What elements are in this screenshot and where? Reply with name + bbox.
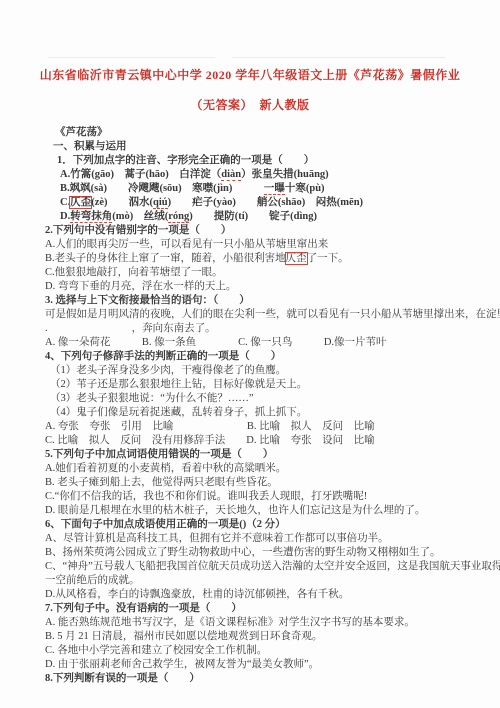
- text-line: A.她们看着初夏的小麦黄梢，看着中秋的高粱晒米。: [45, 462, 496, 476]
- spellcheck-mark: diàn: [221, 169, 241, 181]
- text-line: 4、下列句子修辞手法的判断正确的一项是（ ）: [45, 350, 496, 364]
- text-line: A. 能否熟练规范地书写汉字，是《语文课程标准》对学生汉字书写的基本要求。: [45, 616, 496, 630]
- spellcheck-mark: qiú: [153, 197, 168, 209]
- text-line: D.从风格看，李白的诗飘逸豪放，杜甫的诗沉郁顿挫，各有千秋。: [45, 588, 496, 602]
- document-title: 山东省临沂市青云镇中心中学 2020 学年八年级语文上册《芦花荡》暑假作业 （无…: [0, 0, 500, 120]
- text-line: B.飒飒(sà) 冷飕飕(sōu) 寒噤(jìn) 一曝十寒(pù): [45, 182, 496, 196]
- text-line: C.他狠狠地敲打，向着苇塘望了一眼。: [45, 266, 496, 280]
- text-line: B. 老头子瘫到船上去，他觉得两只老眼有些昏花。: [45, 476, 496, 490]
- text-line: D. 弯弯下垂的月亮，浮在水一样的天上。: [45, 280, 496, 294]
- document-title-line2: （无答案） 新人教版: [0, 90, 500, 120]
- document-body: 《芦花荡》一、积累与运用1．下列加点字的注音、字形完全正确的一项是（ ）A.竹篙…: [0, 126, 500, 686]
- text-line: A.人们的眼再尖厉一些，可以看见有一只小船从苇塘里窜出来: [45, 238, 496, 252]
- text-line: 可是假如是月明风清的夜晚，人们的眼在尖利一些，就可以看见有一只小船从苇塘里撑出来…: [45, 308, 496, 322]
- spellcheck-mark: 一曝: [264, 183, 285, 195]
- text-line: 6、下面句子中加点成语使用正确的一项是()（2 分）: [45, 518, 496, 532]
- text-line: （1）老头子浑身没多少肉，干瘦得像老了的鱼鹰。: [45, 364, 496, 378]
- text-line: （2）苇子还是那么狠狠地往上钻，目标好像就是天上。: [45, 378, 496, 392]
- text-line: C.“你们不信我的话，我也不和你们说。谁叫我丢人现眼，打牙跌嘴呢!: [45, 490, 496, 504]
- text-line: A. 像一朵荷花 B. 像一条鱼 C. 像一只鸟 D.像一片苇叶: [45, 336, 496, 350]
- text-line: B. 5 月 21 日清晨，福州市民如愿以偿地观赏到日环食奇观。: [45, 630, 496, 644]
- text-line: 2.下列句中没有错别字的一项是（ ）: [45, 224, 496, 238]
- text-line: D.转弯抹角(mò) 丝绒(róng) 提防(tí) 锭子(dìng): [45, 210, 496, 224]
- spellcheck-mark: 仄歪: [286, 253, 307, 264]
- text-line: B.老头子的身体往上窜了一窜，随着，小船很利害地仄歪了一下。: [45, 252, 496, 266]
- text-line: 《芦花荡》: [45, 126, 496, 140]
- spellcheck-mark: róng: [168, 211, 189, 223]
- text-line: 3. 选择与上下文衔接最恰当的语句：（ ）: [45, 294, 496, 308]
- text-line: . ，奔向东南去了。: [45, 322, 496, 336]
- scan-artifact-line: [48, 57, 215, 58]
- text-line: （4）鬼子们像是玩着捉迷藏，乱转着身子，抓上抓下。: [45, 406, 496, 420]
- scan-artifact-line: [232, 57, 445, 58]
- text-line: 一空前绝后的成就。: [45, 574, 496, 588]
- text-line: C、“神舟”五号载人飞船把我国首位航天员成功送入浩瀚的太空并安全返回，这是我国航…: [45, 560, 496, 574]
- text-line: D. 由于张丽莉老师舍己救学生，被网友誉为“最美女教师”。: [45, 658, 496, 672]
- text-line: D. 眼前是几根埋在水里的枯木桩子，天长地久，也许人们忘记这是为什么埋的了。: [45, 504, 496, 518]
- spellcheck-mark: 仄歪: [70, 197, 91, 208]
- text-line: A. 夸张 夸张 引用 比喻 B. 比喻 拟人 反问 比喻: [45, 420, 496, 434]
- document-title-line1: 山东省临沂市青云镇中心中学 2020 学年八年级语文上册《芦花荡》暑假作业: [0, 60, 500, 90]
- text-line: 8.下列判断有误的一项是（ ）: [45, 672, 496, 686]
- text-line: 5.下列句子中加点词语使用错误的一项是（ ）: [45, 448, 496, 462]
- text-line: 一、积累与运用: [45, 140, 496, 154]
- text-line: B、扬州茱萸湾公园成立了野生动物救助中心，一些遭伤害的野生动物又栩栩如生了。: [45, 546, 496, 560]
- spellcheck-mark: 转弯抹角: [70, 211, 112, 223]
- text-line: 1．下列加点字的注音、字形完全正确的一项是（ ）: [45, 154, 496, 168]
- text-line: （3）老头子狠狠地说：“为什么不能？……”: [45, 392, 496, 406]
- text-line: A、尽管计算机是高科技工具，但拥有它并不意味着工作都可以事倍功半。: [45, 532, 496, 546]
- text-line: C. 各地中小学完善和建立了校园安全工作机制。: [45, 644, 496, 658]
- text-line: C. 比喻 拟人 反问 没有用修辞手法 D. 比喻 夸张 设问 比喻: [45, 434, 496, 448]
- text-line: A.竹篙(gāo) 蒿子(hāo) 白洋淀（diàn）张皇失措(huāng): [45, 168, 496, 182]
- document-page: 山东省临沂市青云镇中心中学 2020 学年八年级语文上册《芦花荡》暑假作业 （无…: [0, 0, 500, 708]
- text-line: 7.下列句子中。没有语病的一项是（ ）: [45, 602, 496, 616]
- text-line: C.仄歪(zè) 泅水(qiú) 疟子(yào) 艄公(shāo) 闷热(mēn…: [45, 196, 496, 210]
